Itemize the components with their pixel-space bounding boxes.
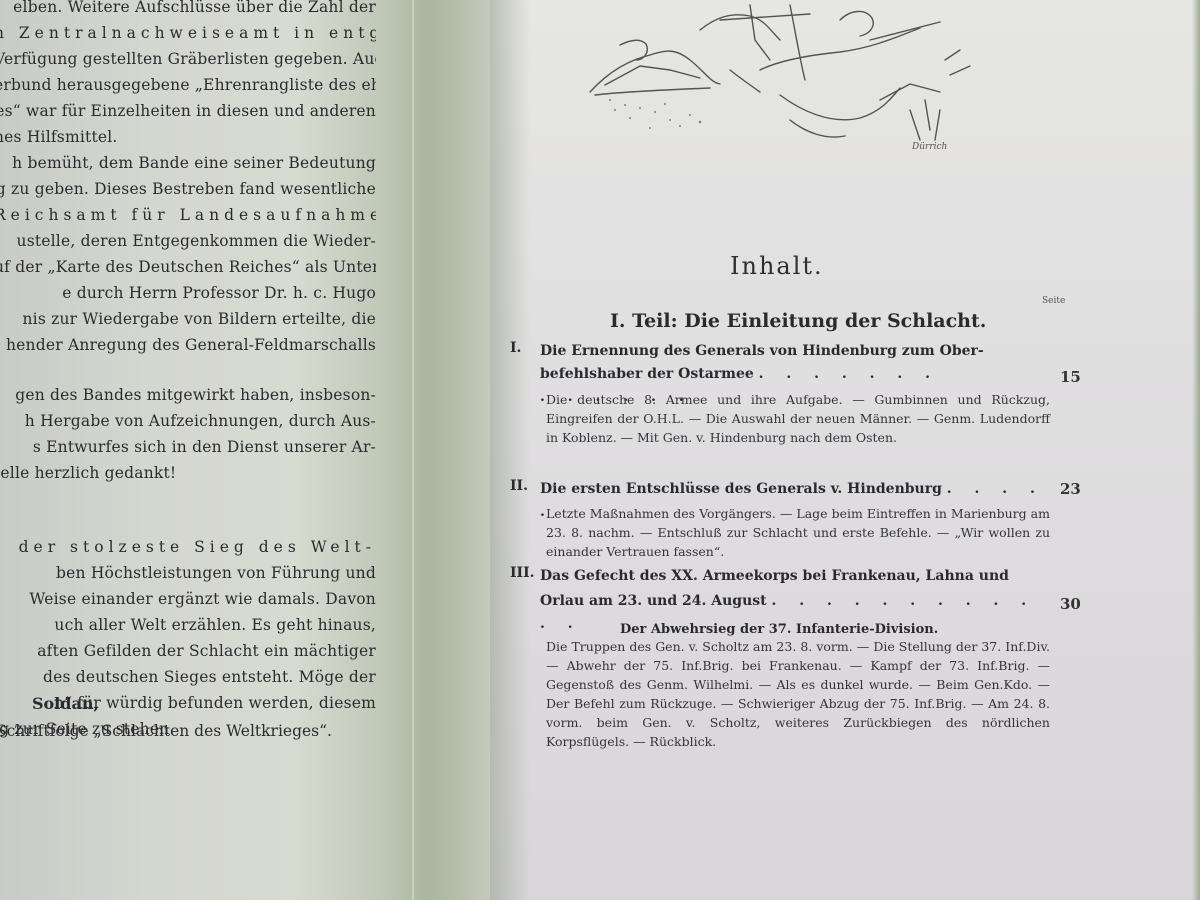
text-line: der stolzeste Sieg des Welt- (0, 534, 376, 560)
text-line: uch aller Welt erzählen. Es geht hinaus, (0, 612, 376, 638)
text-line: h bemüht, dem Bande eine seiner Bedeutun… (0, 150, 376, 176)
text-line: hender Anregung des General-Feldmarschal… (0, 332, 376, 358)
entry-description: Letzte Maßnahmen des Vorgängers. — Lage … (546, 504, 1050, 561)
text-line: des deutschen Sieges entsteht. Möge der (0, 664, 376, 690)
page-edge (1192, 0, 1200, 900)
text-line: h Hergabe von Aufzeichnungen, durch Aus- (0, 408, 376, 434)
page-column-label: Seite (1042, 296, 1065, 306)
entry-title-line: Das Gefecht des XX. Armeekorps bei Frank… (540, 565, 1050, 588)
series-title-line: Schriftfolge „Schlachten des Weltkrieges… (0, 722, 332, 740)
right-page: Dürrich Inhalt. Seite I. Teil: Die Einle… (490, 0, 1200, 900)
text-line: nis zur Wiedergabe von Bildern erteilte,… (0, 306, 376, 332)
left-page-body: elben. Weitere Aufschlüsse über die Zahl… (0, 0, 376, 742)
entry-description: Die Truppen des Gen. v. Scholtz am 23. 8… (546, 637, 1050, 751)
page-fold-line (412, 0, 414, 900)
entry-number: II. (510, 478, 528, 494)
entry-page-number: 15 (1060, 368, 1081, 386)
text-line: elben. Weitere Aufschlüsse über die Zahl… (0, 0, 376, 20)
entry-description: Die deutsche 8. Armee und ihre Aufgabe. … (546, 390, 1050, 447)
text-line: n Zentralnachweiseamt in entgegen- (0, 20, 376, 46)
text-line: es“ war für Einzelheiten in diesen und a… (0, 98, 376, 124)
text-line: Reichsamt für Landesaufnahme (0, 202, 376, 228)
text-line: erbund herausgegebene „Ehrenrangliste de… (0, 72, 376, 98)
text-line: g zu geben. Dieses Bestreben fand wesent… (0, 176, 376, 202)
text-line: e durch Herrn Professor Dr. h. c. Hugo (0, 280, 376, 306)
text-line: telle herzlich gedankt! (0, 460, 376, 486)
text-line: Verfügung gestellten Gräberlisten gegebe… (0, 46, 376, 72)
text-line: ben Höchstleistungen von Führung und (0, 560, 376, 586)
text-line: uf der „Karte des Deutschen Reiches“ als… (0, 254, 376, 280)
entry-title-text: Die ersten Entschlüsse des Generals v. H… (540, 481, 942, 497)
part-heading: I. Teil: Die Einleitung der Schlacht. (610, 310, 986, 332)
entry-title-line: Die Ernennung des Generals von Hindenbur… (540, 340, 1050, 363)
artist-signature: Dürrich (912, 142, 947, 152)
text-line: ustelle, deren Entgegenkommen die Wieder… (0, 228, 376, 254)
text-line: s Entwurfes sich in den Dienst unserer A… (0, 434, 376, 460)
soldiers-sketch-illustration (580, 0, 1000, 160)
section-sub-heading: Der Abwehrsieg der 37. Infanterie-Divisi… (620, 622, 938, 637)
toc-title: Inhalt. (730, 252, 824, 280)
entry-number: I. (510, 340, 521, 356)
left-page: elben. Weitere Aufschlüsse über die Zahl… (0, 0, 420, 900)
entry-number: III. (510, 565, 535, 581)
text-line: gen des Bandes mitgewirkt haben, insbeso… (0, 382, 376, 408)
entry-page-number: 23 (1060, 480, 1081, 498)
text-line: aften Gefilden der Schlacht ein mächtige… (0, 638, 376, 664)
entry-title-text: befehlshaber der Ostarmee (540, 366, 754, 382)
author-signature: Soldan, (32, 694, 99, 713)
entry-page-number: 30 (1060, 595, 1081, 613)
text-line: hes Hilfsmittel. (0, 124, 376, 150)
entry-title-text: Orlau am 23. und 24. August (540, 593, 767, 609)
text-line: Weise einander ergänzt wie damals. Davon (0, 586, 376, 612)
